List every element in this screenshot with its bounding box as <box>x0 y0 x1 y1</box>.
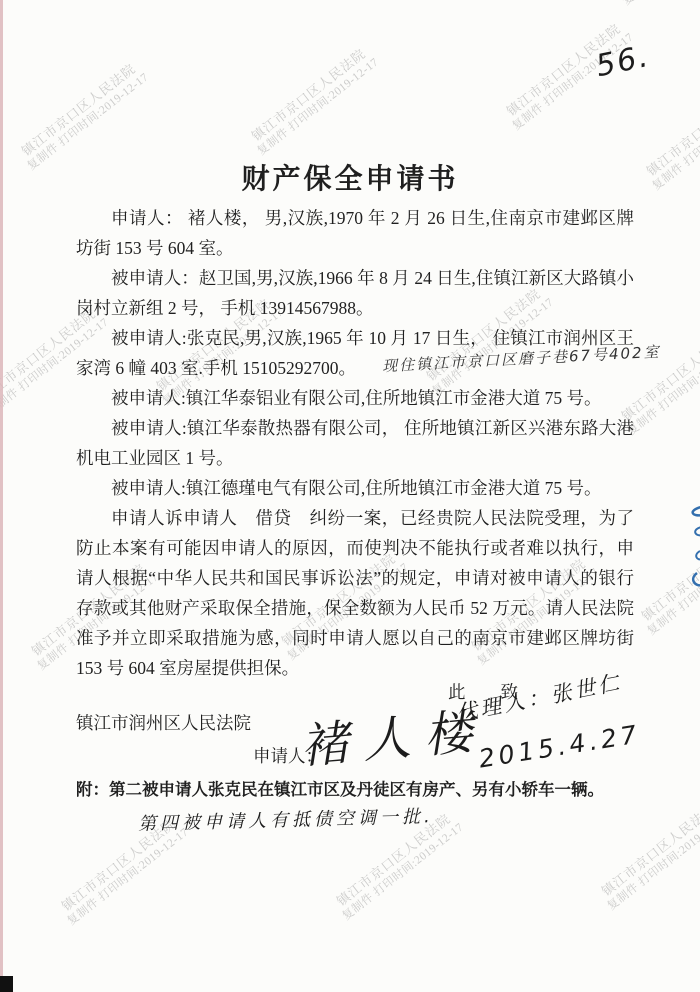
watermark-stamp: 镇江市京口区人民法院复制件 打印时间:2019-12-17 <box>245 43 382 159</box>
scanned-document-page: 镇江市京口区人民法院复制件 打印时间:2019-12-17 镇江市京口区人民法院… <box>0 0 700 992</box>
watermark-stamp: 镇江市京口区人民法院复制件 打印时间:2019-12-17 <box>610 0 700 9</box>
watermark-stamp: 镇江市京口区人民法院复制件 打印时间:2019-12-17 <box>595 798 700 914</box>
document-title: 财产保全申请书 <box>0 157 700 197</box>
scan-edge-strip <box>0 0 3 992</box>
paragraph-respondent-3: 被申请人:镇江华泰铝业有限公司,住所地镇江市金港大道 75 号。 <box>76 383 634 413</box>
paragraph-respondent-1: 被申请人：赵卫国,男,汉族,1966 年 8 月 24 日生,住镇江新区大路镇小… <box>76 263 634 323</box>
paragraph-request: 申请人诉申请人 借贷 纠纷一案，已经贵院人民法院受理，为了防止本案有可能因申请人… <box>76 503 634 683</box>
paragraph-respondent-4: 被申请人:镇江华泰散热器有限公司， 住所地镇江新区兴港东路大港机电工业园区 1 … <box>76 413 634 473</box>
court-name: 镇江市润州区人民法院 <box>76 710 251 735</box>
paragraph-respondent-5: 被申请人:镇江德瑾电气有限公司,住所地镇江市金港大道 75 号。 <box>76 473 634 503</box>
blue-ink-mark <box>673 503 700 593</box>
handwritten-attachment-note: 第四被申请人有抵债空调一批. <box>138 802 434 836</box>
document-body: 申请人： 褚人楼， 男,汉族,1970 年 2 月 26 日生,住南京市建邺区牌… <box>76 203 634 683</box>
handwritten-signature: 褚人楼 <box>297 692 488 777</box>
handwritten-page-number: 56. <box>593 39 653 84</box>
attachment-line: 附：第二被申请人张克民在镇江市区及丹徒区有房产、另有小轿车一辆。 <box>76 774 636 806</box>
scan-corner-mark <box>0 976 13 992</box>
handwritten-date: 2015.4.27 <box>477 719 643 773</box>
paragraph-applicant: 申请人： 褚人楼， 男,汉族,1970 年 2 月 26 日生,住南京市建邺区牌… <box>76 203 634 263</box>
